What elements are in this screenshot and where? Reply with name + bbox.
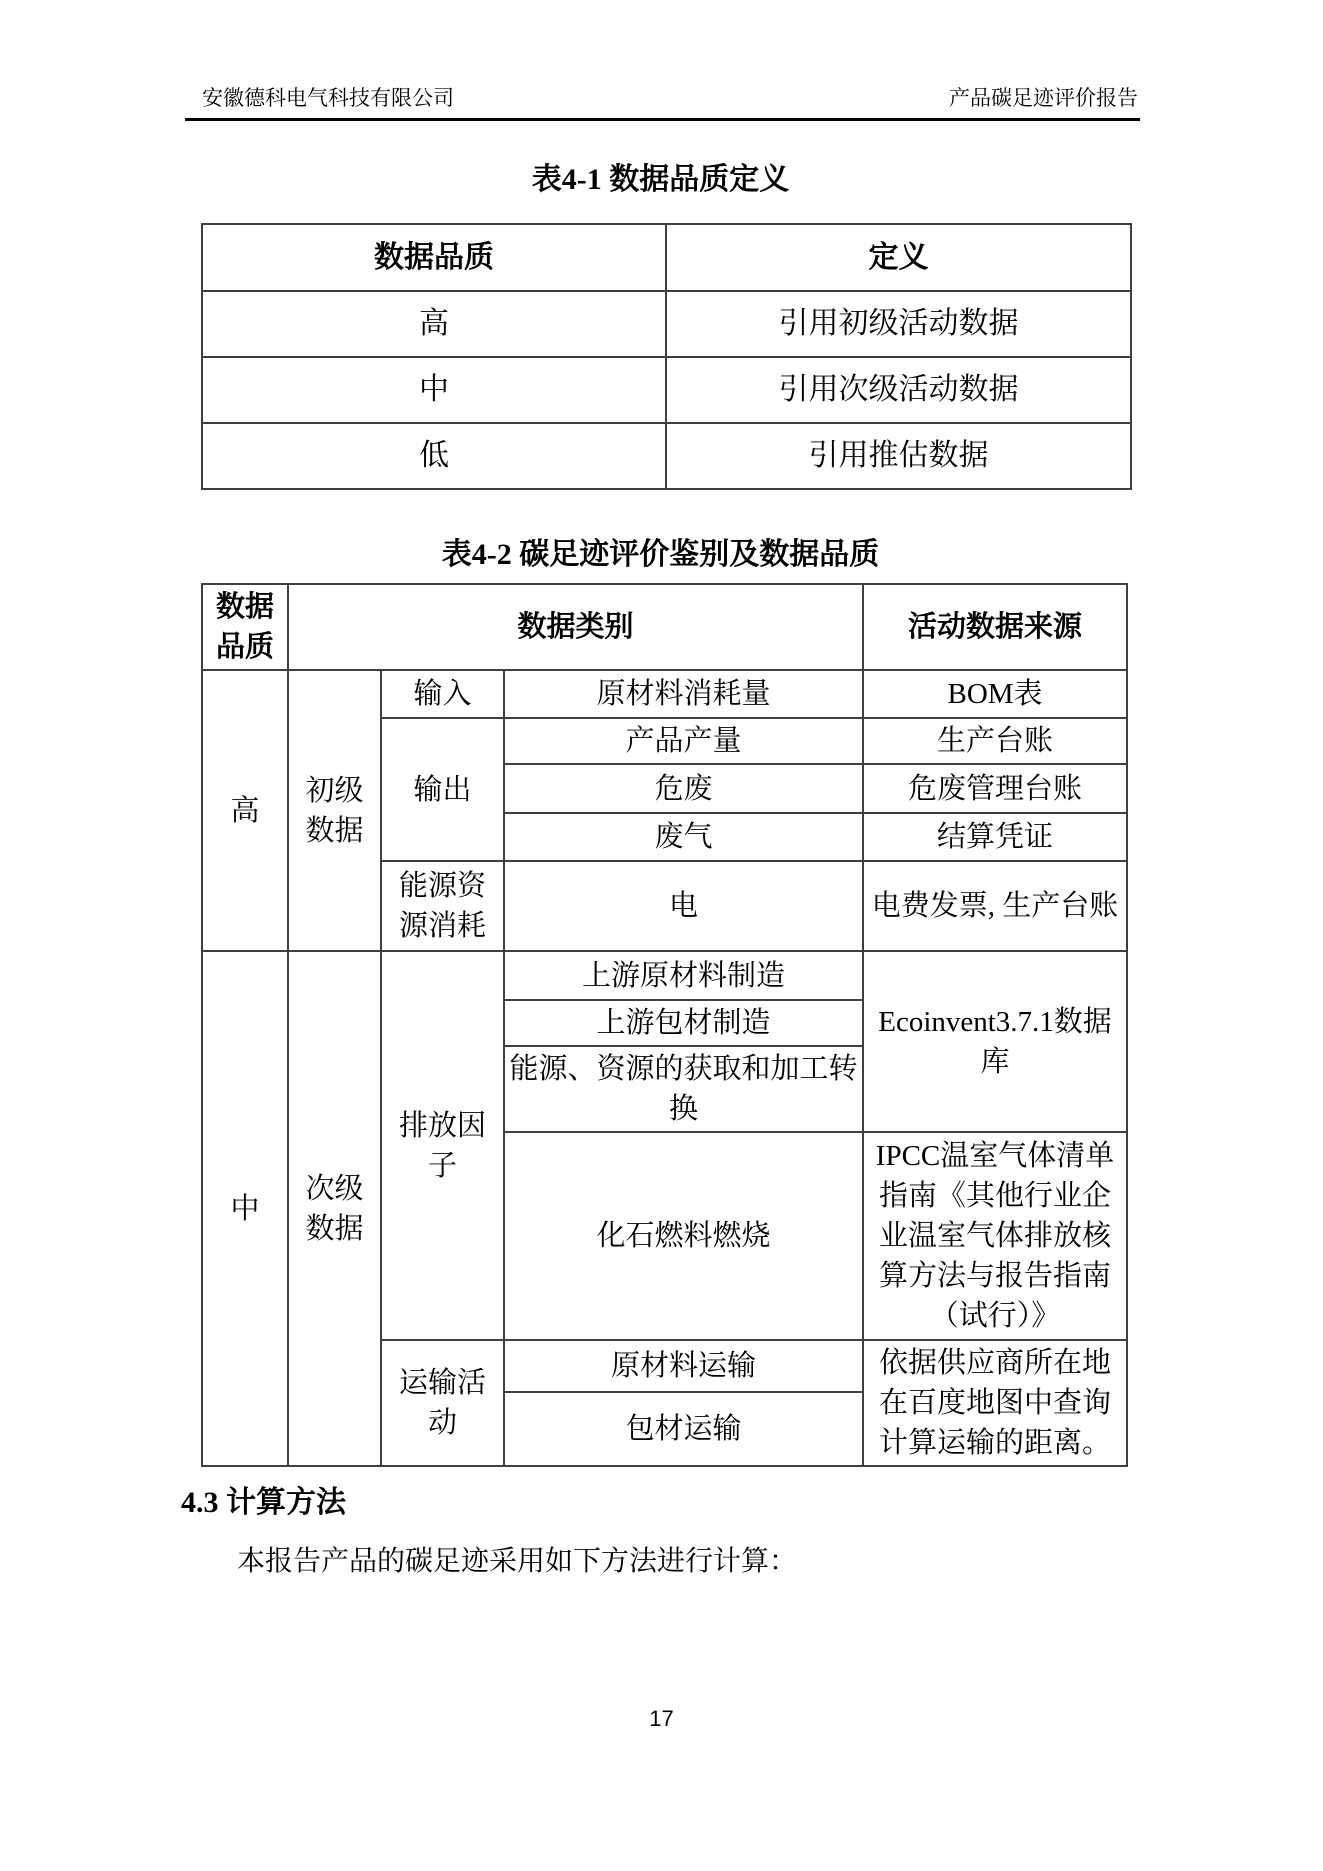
document-page: 安徽德科电气科技有限公司 产品碳足迹评价报告 表4-1 数据品质定义 数据品质 … <box>0 0 1323 1871</box>
cell-fossil-fuel-source: IPCC温室气体清单指南《其他行业企业温室气体排放核算方法与报告指南（试行）》 <box>863 1132 1127 1340</box>
cell-raw-material-source: BOM表 <box>863 670 1127 718</box>
data-quality-definition-table: 数据品质 定义 高 引用初级活动数据 中 引用次级活动数据 低 引用推估数据 <box>201 223 1132 490</box>
table1-definition-medium: 引用次级活动数据 <box>666 357 1131 423</box>
table1-definition-low: 引用推估数据 <box>666 423 1131 489</box>
cell-transport-source: 依据供应商所在地在百度地图中查询计算运输的距离。 <box>863 1340 1127 1466</box>
table2-header-category: 数据类别 <box>288 584 863 670</box>
table1-header-definition: 定义 <box>666 224 1131 291</box>
table1-quality-low: 低 <box>202 423 666 489</box>
cell-product-output-source: 生产台账 <box>863 718 1127 764</box>
cell-energy-resource-label: 能源资源消耗 <box>381 861 504 951</box>
cell-energy-acquisition-item: 能源、资源的获取和加工转换 <box>504 1046 863 1132</box>
cell-packaging-transport-item: 包材运输 <box>504 1392 863 1467</box>
table-row: 中 引用次级活动数据 <box>202 357 1131 423</box>
cell-fossil-fuel-item: 化石燃料燃烧 <box>504 1132 863 1340</box>
header-doc-title: 产品碳足迹评价报告 <box>949 84 1138 112</box>
cell-product-output-item: 产品产量 <box>504 718 863 764</box>
cell-upstream-packaging-item: 上游包材制造 <box>504 1000 863 1046</box>
carbon-footprint-data-quality-table: 数据品质 数据类别 活动数据来源 高 初级数据 输入 原材料消耗量 BOM表 输… <box>201 583 1128 1467</box>
cell-hazardous-waste-source: 危废管理台账 <box>863 764 1127 813</box>
table-row: 低 引用推估数据 <box>202 423 1131 489</box>
page-number: 17 <box>0 1706 1323 1732</box>
cell-raw-material-transport-item: 原材料运输 <box>504 1340 863 1391</box>
cell-transport-activity-label: 运输活动 <box>381 1340 504 1466</box>
cell-waste-gas-source: 结算凭证 <box>863 813 1127 861</box>
cell-quality-high: 高 <box>202 670 288 951</box>
table-row: 高 初级数据 输入 原材料消耗量 BOM表 <box>202 670 1127 718</box>
table1-title: 表4-1 数据品质定义 <box>181 162 1140 198</box>
header-rule <box>185 118 1140 121</box>
table-row: 高 引用初级活动数据 <box>202 291 1131 357</box>
table1-definition-high: 引用初级活动数据 <box>666 291 1131 357</box>
table1-quality-high: 高 <box>202 291 666 357</box>
cell-output-label: 输出 <box>381 718 504 861</box>
cell-electricity-item: 电 <box>504 861 863 951</box>
table1-quality-medium: 中 <box>202 357 666 423</box>
cell-raw-material-item: 原材料消耗量 <box>504 670 863 718</box>
body-paragraph: 本报告产品的碳足迹采用如下方法进行计算： <box>181 1543 1140 1581</box>
table2-header-row: 数据品质 数据类别 活动数据来源 <box>202 584 1127 670</box>
table2-title: 表4-2 碳足迹评价鉴别及数据品质 <box>181 537 1140 573</box>
cell-quality-medium: 中 <box>202 951 288 1466</box>
cell-group-secondary-data: 次级数据 <box>288 951 381 1466</box>
cell-waste-gas-item: 废气 <box>504 813 863 861</box>
table1-header-quality: 数据品质 <box>202 224 666 291</box>
table2-header-source: 活动数据来源 <box>863 584 1127 670</box>
table1-header-row: 数据品质 定义 <box>202 224 1131 291</box>
cell-emission-factor-label: 排放因子 <box>381 951 504 1340</box>
header-company-name: 安徽德科电气科技有限公司 <box>202 84 454 112</box>
cell-input-label: 输入 <box>381 670 504 718</box>
cell-upstream-raw-item: 上游原材料制造 <box>504 951 863 1000</box>
cell-group-primary-data: 初级数据 <box>288 670 381 951</box>
table2-header-quality: 数据品质 <box>202 584 288 670</box>
cell-ecoinvent-source: Ecoinvent3.7.1数据库 <box>863 951 1127 1132</box>
page-header: 安徽德科电气科技有限公司 产品碳足迹评价报告 <box>181 84 1140 112</box>
table-row: 中 次级数据 排放因子 上游原材料制造 Ecoinvent3.7.1数据库 <box>202 951 1127 1000</box>
cell-hazardous-waste-item: 危废 <box>504 764 863 813</box>
cell-electricity-source: 电费发票, 生产台账 <box>863 861 1127 951</box>
section-heading-4-3: 4.3 计算方法 <box>181 1483 1140 1523</box>
